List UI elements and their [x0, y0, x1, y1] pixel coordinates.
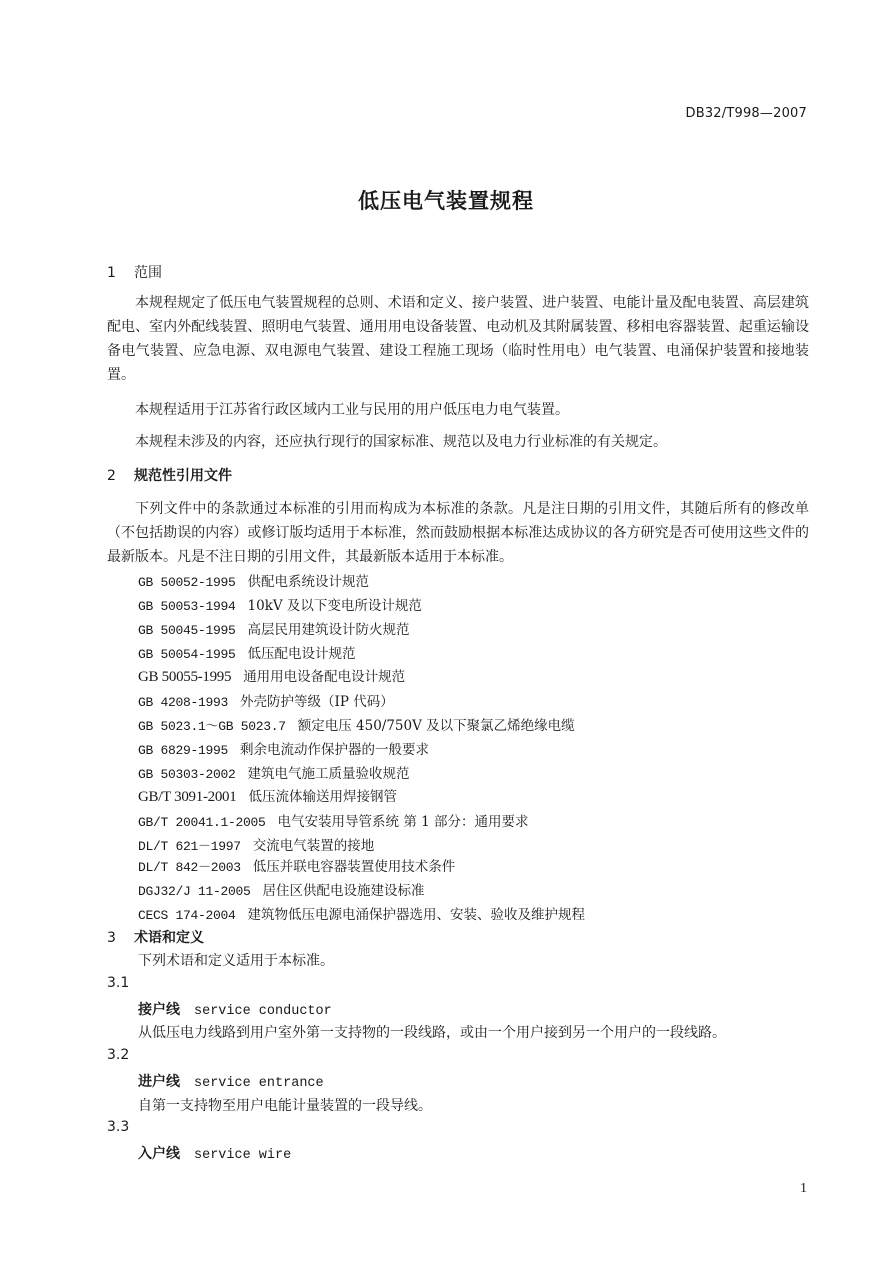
reference-item: DGJ32/J 11-2005居住区供配电设施建设标准: [138, 879, 425, 899]
reference-item: GB 50045-1995高层民用建筑设计防火规范: [138, 618, 410, 638]
section-title: 规范性引用文件: [134, 468, 232, 484]
terms-intro: 下列术语和定义适用于本标准。: [138, 950, 334, 970]
reference-item: GB 50053-199410kV 及以下变电所设计规范: [138, 594, 422, 614]
section-title: 术语和定义: [134, 930, 204, 946]
section-title: 范围: [134, 265, 162, 281]
reference-item: GB 5023.1～GB 5023.7额定电压 450/750V 及以下聚氯乙烯…: [138, 714, 575, 734]
reference-item: GB/T 20041.1-2005电气安装用导管系统 第 1 部分：通用要求: [138, 810, 529, 830]
reference-item: GB 6829-1995剩余电流动作保护器的一般要求: [138, 738, 429, 758]
term-number: 3.3: [107, 1119, 129, 1135]
term-number: 3.2: [107, 1047, 129, 1063]
term-definition: 从低压电力线路到用户室外第一支持物的一段线路，或由一个用户接到另一个用户的一段线…: [138, 1022, 726, 1042]
section-heading-3: 3术语和定义: [107, 927, 204, 947]
reference-item: DL/T 621－1997交流电气装置的接地: [138, 834, 374, 854]
reference-item: DL/T 842－2003低压并联电容器装置使用技术条件: [138, 855, 455, 875]
section-number: 3: [107, 930, 134, 946]
scope-paragraph-3: 本规程未涉及的内容，还应执行现行的国家标准、规范以及电力行业标准的有关规定。: [107, 430, 809, 454]
section-number: 2: [107, 468, 134, 484]
reference-item: GB/T 3091-2001低压流体输送用焊接钢管: [138, 785, 397, 806]
reference-item: GB 50303-2002建筑电气施工质量验收规范: [138, 762, 410, 782]
scope-paragraph-1: 本规程规定了低压电气装置规程的总则、术语和定义、接户装置、进户装置、电能计量及配…: [107, 291, 809, 387]
term-definition: 自第一支持物至用户电能计量装置的一段导线。: [138, 1095, 432, 1115]
scope-paragraph-2: 本规程适用于江苏省行政区域内工业与民用的用户低压电力电气装置。: [107, 398, 809, 422]
reference-item: GB 4208-1993外壳防护等级（IP 代码）: [138, 690, 394, 710]
reference-item: GB 50054-1995低压配电设计规范: [138, 642, 356, 662]
reference-item: CECS 174-2004建筑物低压电源电涌保护器选用、安装、验收及维护规程: [138, 903, 585, 923]
reference-item: GB 50052-1995供配电系统设计规范: [138, 570, 369, 590]
term-heading: 入户线service wire: [138, 1143, 291, 1163]
term-heading: 进户线service entrance: [138, 1071, 324, 1091]
document-title: 低压电气装置规程: [0, 185, 892, 215]
section-heading-2: 2规范性引用文件: [107, 465, 232, 485]
section-number: 1: [107, 265, 134, 281]
references-intro: 下列文件中的条款通过本标准的引用而构成为本标准的条款。凡是注日期的引用文件，其随…: [107, 497, 809, 569]
standard-code: DB32/T998—2007: [686, 106, 808, 121]
term-number: 3.1: [107, 975, 129, 991]
term-heading: 接户线service conductor: [138, 999, 332, 1019]
page-number: 1: [800, 1181, 807, 1197]
reference-item: GB 50055-1995通用用电设备配电设计规范: [138, 665, 405, 686]
section-heading-1: 1范围: [107, 262, 162, 282]
